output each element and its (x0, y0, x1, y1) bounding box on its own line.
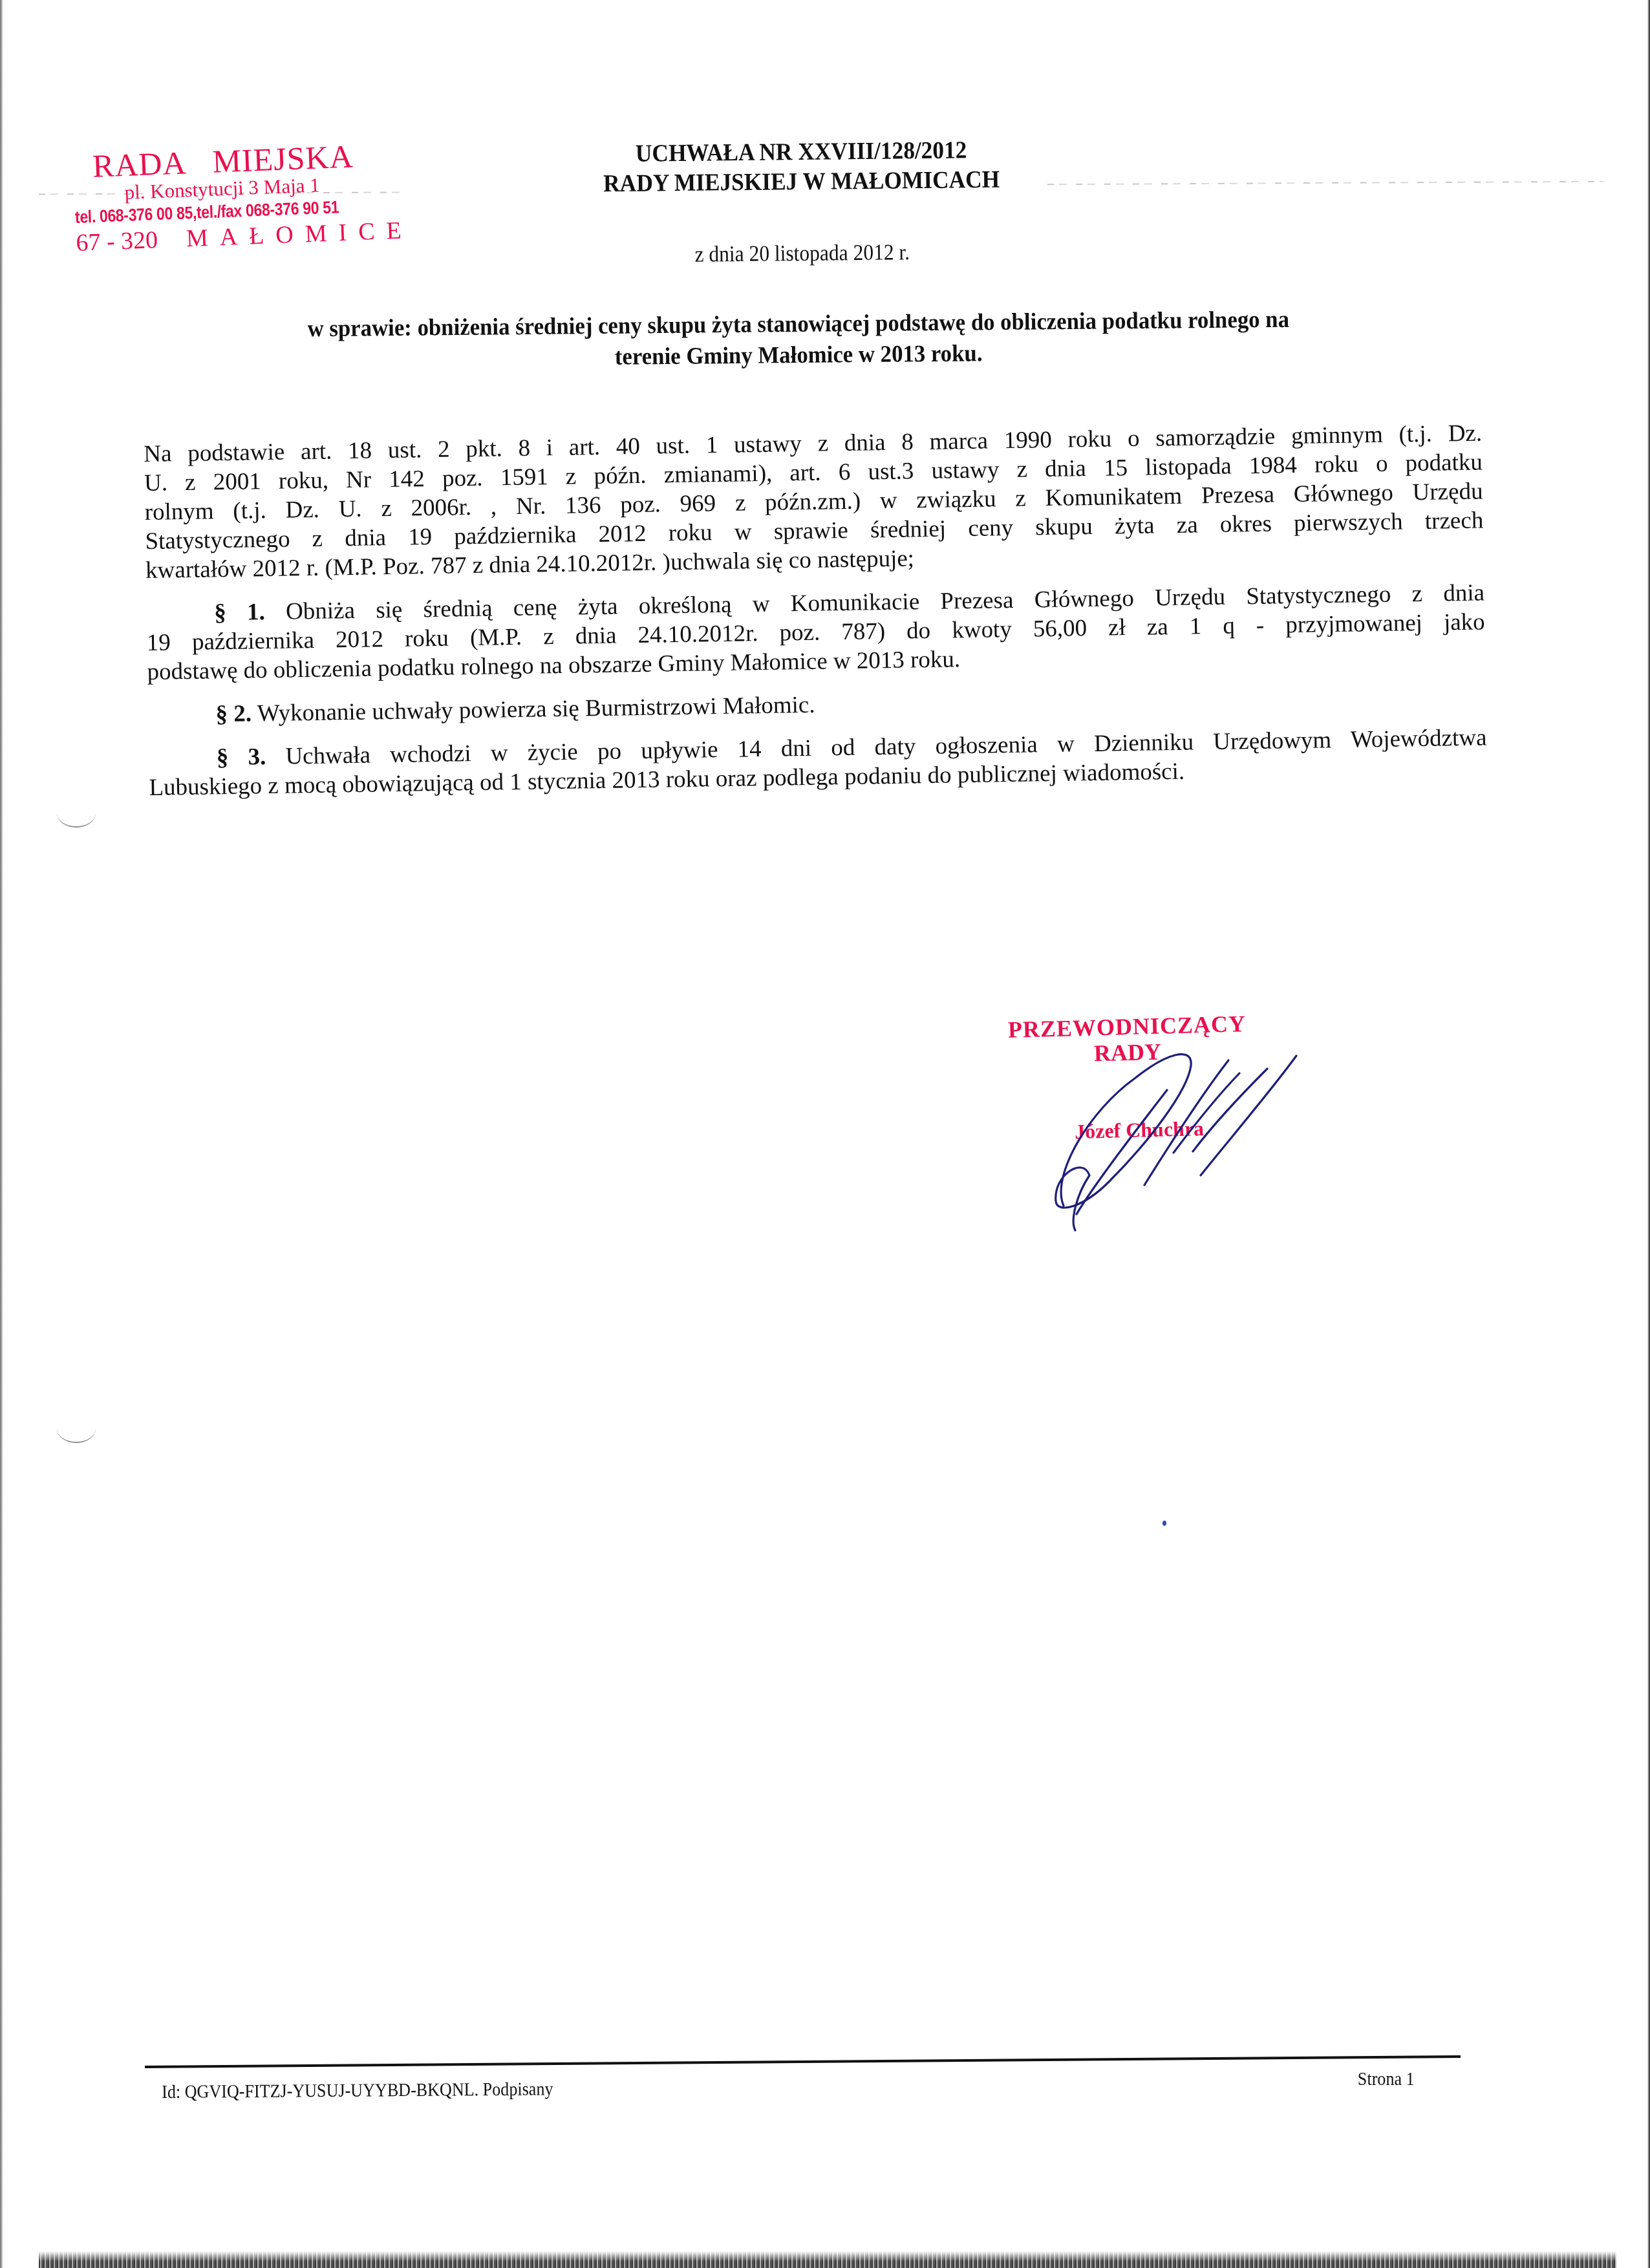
resolution-date: z dnia 20 listopada 2012 r. (558, 238, 1047, 269)
handwritten-signature (992, 1014, 1303, 1234)
footer-divider (145, 2055, 1461, 2068)
section-3: § 3. Uchwała wchodzi w życie po upływie … (148, 723, 1487, 802)
stamp-zip: 67 - 320 (76, 226, 158, 257)
scan-artifact (1047, 181, 1603, 186)
stamp-title-right: MIEJSKA (211, 138, 354, 179)
section-number: § 2. (215, 700, 252, 727)
resolution-subject: w sprawie: obniżenia średniej ceny skupu… (206, 303, 1391, 377)
scan-edge-left (0, 0, 3, 2268)
document-page: RADAMIEJSKA pl. Konstytucji 3 Maja 1 tel… (0, 0, 1650, 2268)
scan-edge-bottom (39, 2251, 1616, 2268)
section-number: § 1. (214, 599, 265, 626)
resolution-header: UCHWAŁA NR XXVIII/128/2012 RADY MIEJSKIE… (530, 134, 1074, 270)
ink-speck (1162, 1521, 1166, 1526)
section-2-line: § 2. Wykonanie uchwały powierza się Burm… (147, 679, 1486, 730)
punch-hole-mark (57, 813, 96, 828)
council-stamp: RADAMIEJSKA pl. Konstytucji 3 Maja 1 tel… (72, 135, 464, 257)
stamp-title-left: RADA (92, 144, 187, 184)
scan-edge-right (1647, 0, 1650, 2268)
section-2: § 2. Wykonanie uchwały powierza się Burm… (147, 679, 1486, 730)
resolution-body: Na podstawie art. 18 ust. 2 pkt. 8 i art… (144, 418, 1488, 816)
resolution-issuer: RADY MIEJSKIEJ W MAŁOMICACH (549, 164, 1055, 199)
section-text: Wykonanie uchwały powierza się Burmistrz… (257, 692, 815, 727)
preamble: Na podstawie art. 18 ust. 2 pkt. 8 i art… (144, 418, 1484, 584)
section-number: § 3. (216, 744, 266, 771)
signature-block: PRZEWODNICZĄCY RADY Józef Chuchra (992, 1014, 1303, 1234)
page-number: Strona 1 (1358, 2069, 1415, 2090)
section-1: § 1. Obniża się średnią cenę żyta określ… (146, 578, 1486, 686)
document-id: Id: QGVIQ-FITZJ-YUSUJ-UYYBD-BKQNL. Podpi… (162, 2079, 553, 2103)
resolution-number: UCHWAŁA NR XXVIII/128/2012 (548, 134, 1054, 169)
punch-hole-mark (57, 1429, 96, 1443)
